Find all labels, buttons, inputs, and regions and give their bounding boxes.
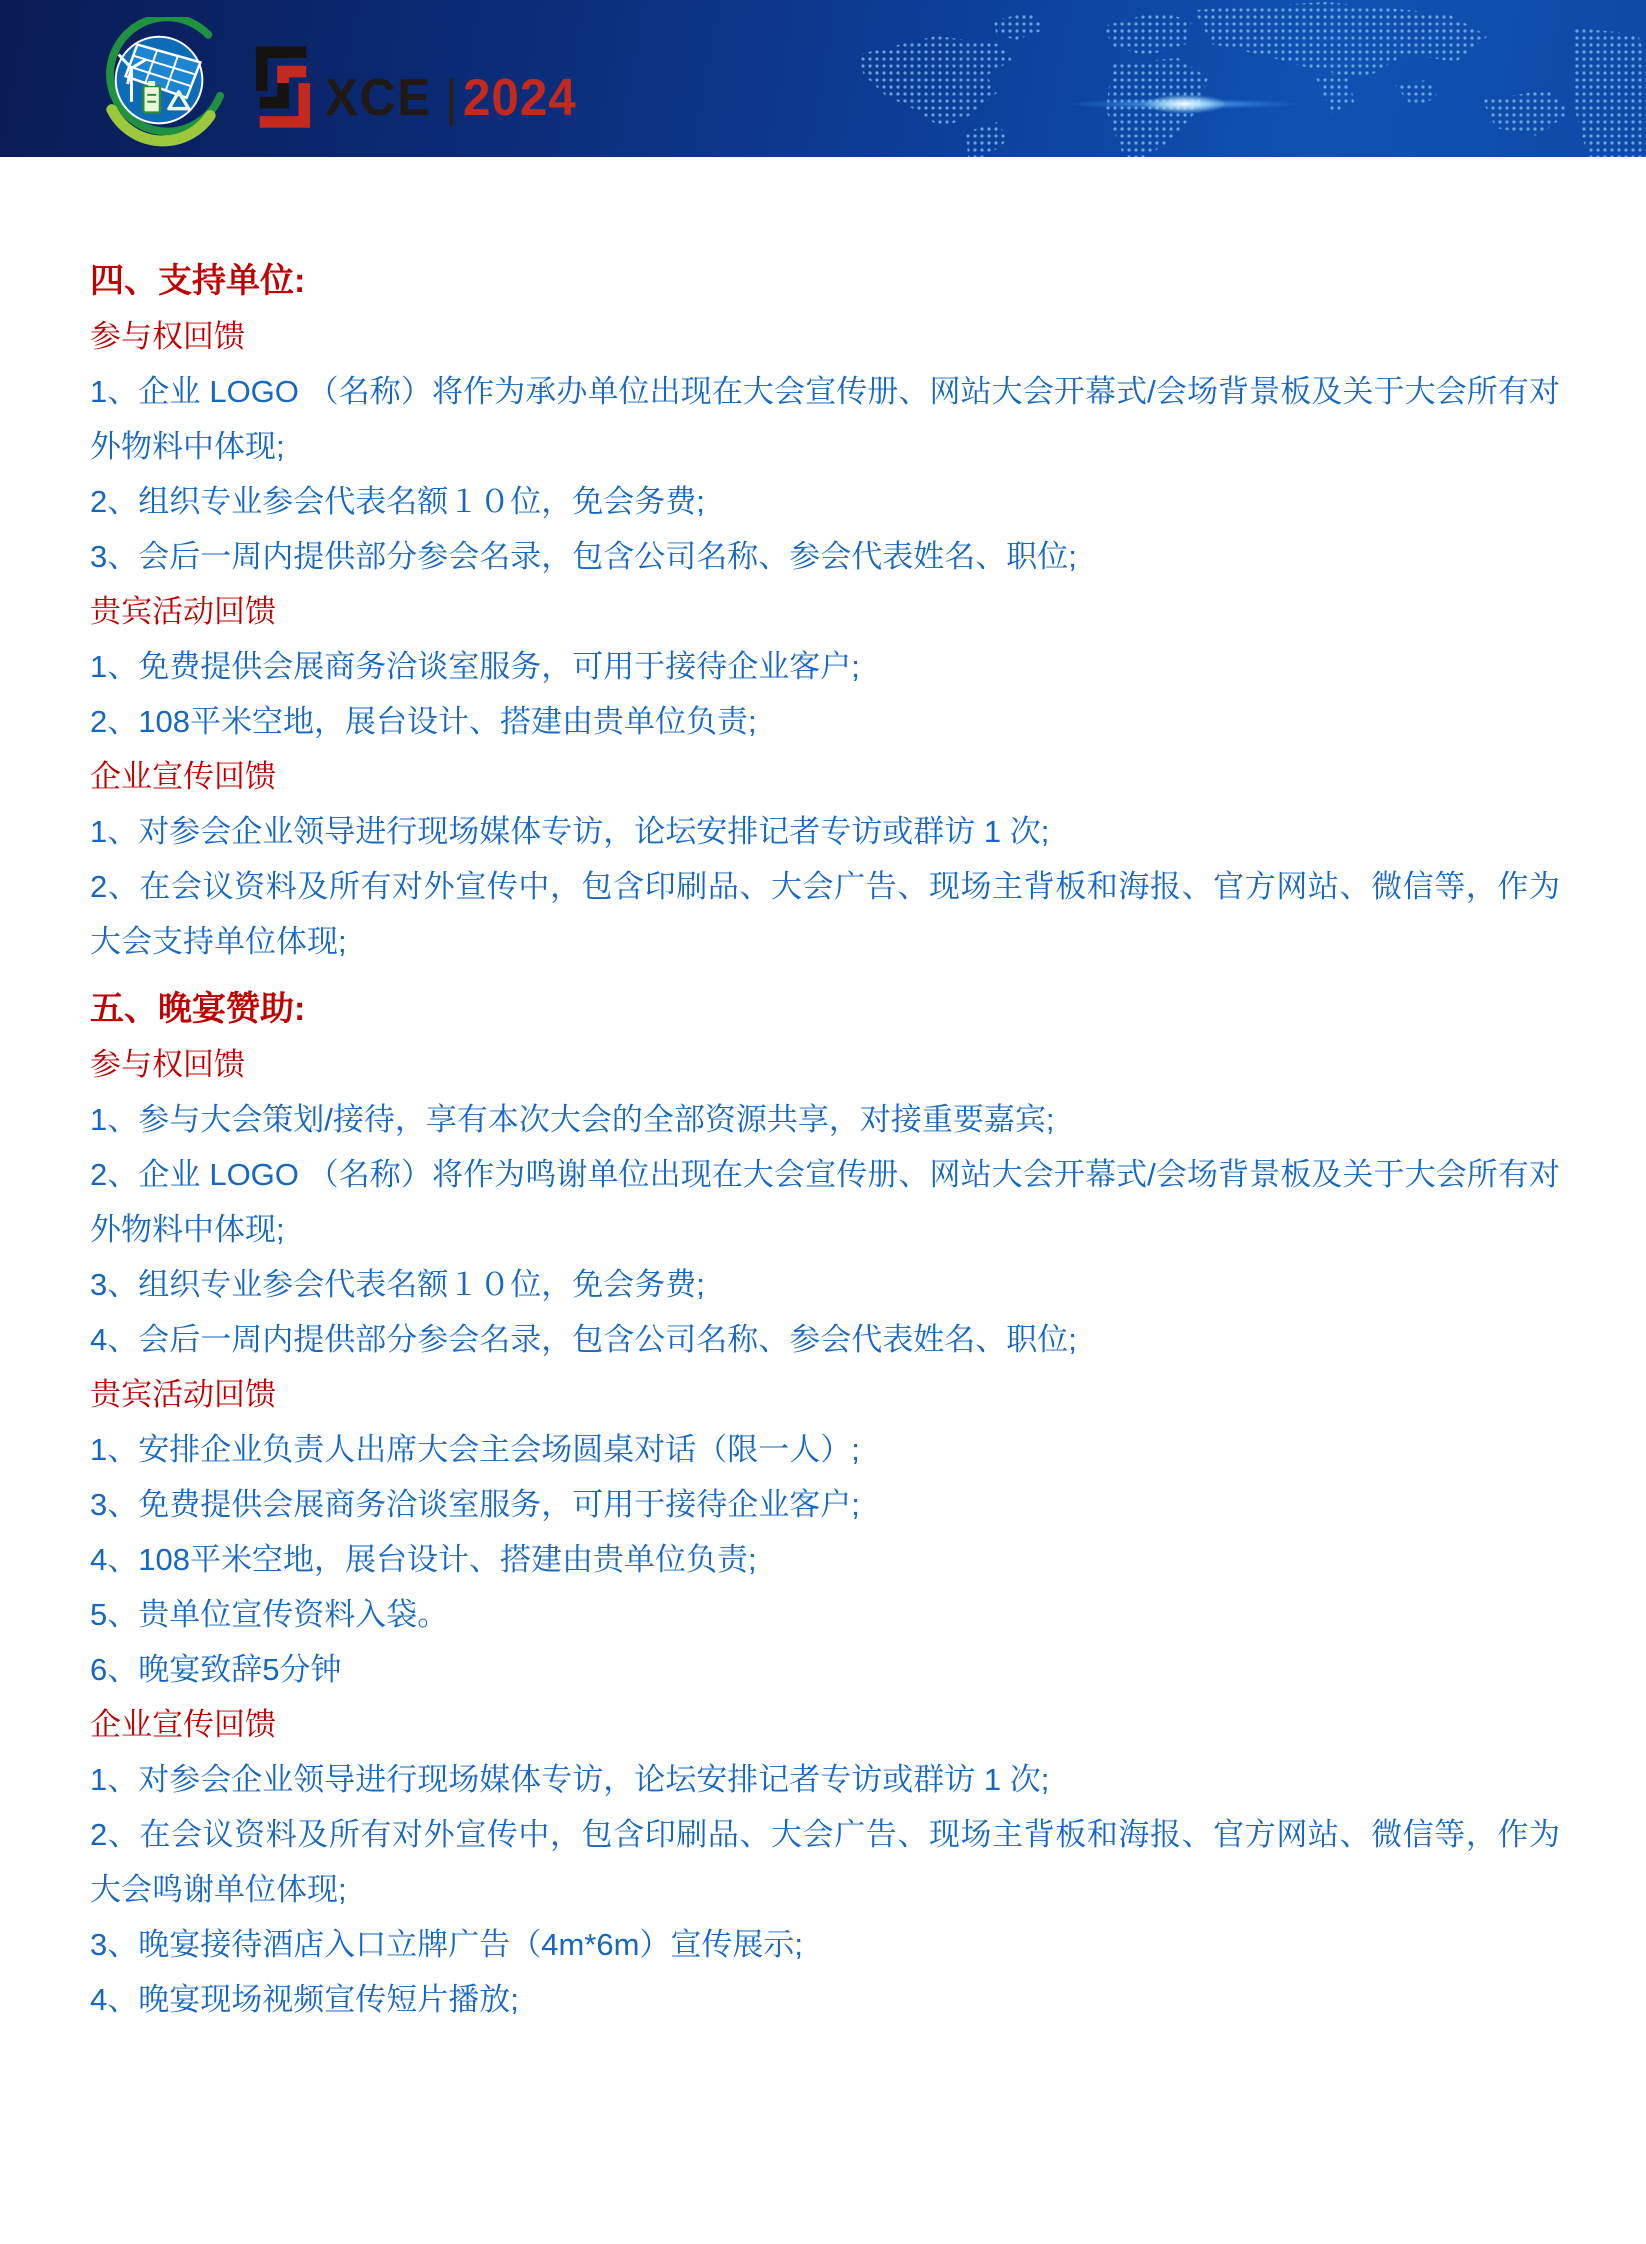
brand-year: 2024	[463, 68, 577, 128]
green-energy-globe-icon	[96, 17, 226, 151]
section-heading: 五、晚宴赞助:	[90, 981, 1560, 1037]
list-item: 2、组织专业参会代表名额１０位，免会务费;	[90, 474, 1560, 529]
list-item: 3、免费提供会展商务洽谈室服务，可用于接待企业客户;	[90, 1477, 1560, 1532]
subsection-heading: 参与权回馈	[90, 1037, 1560, 1092]
list-item: 1、安排企业负责人出席大会主会场圆桌对话（限一人）;	[90, 1422, 1560, 1477]
list-item: 6、晚宴致辞5分钟	[90, 1642, 1560, 1697]
list-item: 3、组织专业参会代表名额１０位，免会务费;	[90, 1257, 1560, 1312]
logo: XCE | 2024	[96, 10, 580, 150]
list-item: 5、贵单位宣传资料入袋。	[90, 1587, 1560, 1642]
list-item: 3、会后一周内提供部分参会名录，包含公司名称、参会代表姓名、职位;	[90, 529, 1560, 584]
header-banner: XCE | 2024	[0, 0, 1646, 157]
list-item: 1、免费提供会展商务洽谈室服务，可用于接待企业客户;	[90, 639, 1560, 694]
brand-text: XCE	[325, 68, 432, 128]
list-item: 3、晚宴接待酒店入口立牌广告（4m*6m）宣传展示;	[90, 1917, 1560, 1972]
list-item: 2、企业 LOGO （名称）将作为鸣谢单位出现在大会宣传册、网站大会开幕式/会场…	[90, 1147, 1560, 1257]
document-content: 四、支持单位: 参与权回馈 1、企业 LOGO （名称）将作为承办单位出现在大会…	[0, 157, 1646, 2027]
subsection-heading: 贵宾活动回馈	[90, 584, 1560, 639]
world-map-icon	[846, 0, 1646, 157]
subsection-heading: 贵宾活动回馈	[90, 1367, 1560, 1422]
xce-corner-bracket-icon	[252, 46, 314, 128]
subsection-heading: 企业宣传回馈	[90, 1697, 1560, 1752]
list-item: 1、对参会企业领导进行现场媒体专访，论坛安排记者专访或群访 1 次;	[90, 1752, 1560, 1807]
list-item: 2、在会议资料及所有对外宣传中，包含印刷品、大会广告、现场主背板和海报、官方网站…	[90, 1807, 1560, 1917]
list-item: 1、参与大会策划/接待，享有本次大会的全部资源共享，对接重要嘉宾;	[90, 1092, 1560, 1147]
subsection-heading: 企业宣传回馈	[90, 749, 1560, 804]
list-item: 1、企业 LOGO （名称）将作为承办单位出现在大会宣传册、网站大会开幕式/会场…	[90, 364, 1560, 474]
list-item: 4、晚宴现场视频宣传短片播放;	[90, 1972, 1560, 2027]
brand-separator: |	[445, 69, 458, 127]
list-item: 4、108平米空地，展台设计、搭建由贵单位负责;	[90, 1532, 1560, 1587]
list-item: 1、对参会企业领导进行现场媒体专访，论坛安排记者专访或群访 1 次;	[90, 804, 1560, 859]
subsection-heading: 参与权回馈	[90, 309, 1560, 364]
list-item: 2、108平米空地，展台设计、搭建由贵单位负责;	[90, 694, 1560, 749]
section-heading: 四、支持单位:	[90, 253, 1560, 309]
list-item: 2、在会议资料及所有对外宣传中，包含印刷品、大会广告、现场主背板和海报、官方网站…	[90, 859, 1560, 969]
list-item: 4、会后一周内提供部分参会名录，包含公司名称、参会代表姓名、职位;	[90, 1312, 1560, 1367]
